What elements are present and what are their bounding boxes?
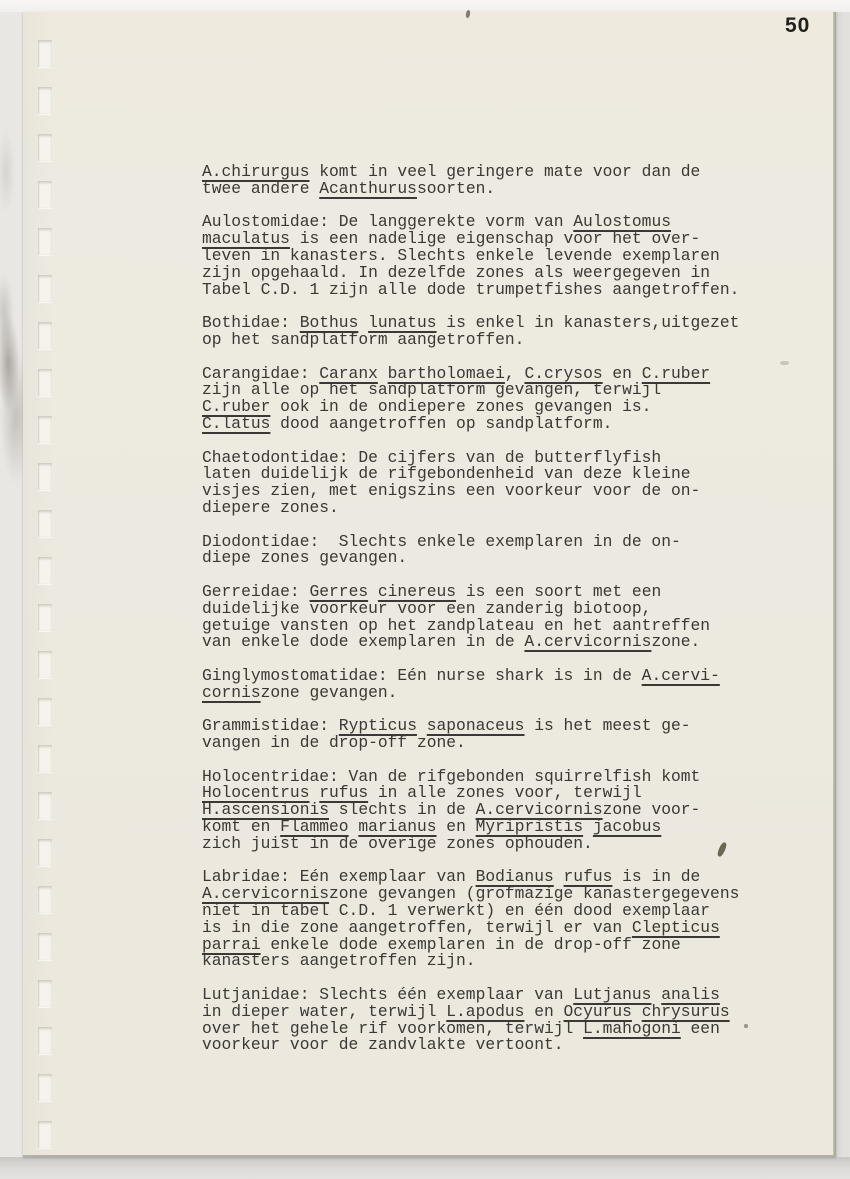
paragraph: Aulostomidae: De langgerekte vorm van Au… bbox=[202, 214, 787, 298]
binding-hole bbox=[38, 557, 52, 584]
binding-hole bbox=[38, 651, 52, 678]
paragraph: Gerreidae: Gerres cinereus is een soort … bbox=[202, 584, 787, 651]
binding-hole bbox=[38, 604, 52, 631]
text-segment: is het meest ge- bbox=[524, 716, 690, 735]
underlined-species-name: cornis bbox=[202, 683, 261, 702]
binding-hole bbox=[38, 416, 52, 443]
paragraph: Bothidae: Bothus lunatus is enkel in kan… bbox=[202, 315, 787, 349]
paragraph: Carangidae: Caranx bartholomaei, C.cryso… bbox=[202, 366, 787, 433]
paragraph: Grammistidae: Rypticus saponaceus is het… bbox=[202, 718, 787, 752]
binding-hole bbox=[38, 463, 52, 490]
page-number: 50 bbox=[785, 14, 810, 38]
scanner-background-right bbox=[836, 12, 850, 1157]
binding-hole bbox=[38, 1121, 52, 1148]
binding-hole bbox=[38, 745, 52, 772]
text-segment: zich juist in de overige zones ophouden. bbox=[202, 834, 593, 853]
text-segment: op het sandplatform aangetroffen. bbox=[202, 330, 524, 349]
paragraph: Lutjanidae: Slechts één exemplaar van Lu… bbox=[202, 987, 787, 1054]
text-segment: voorkeur voor de zandvlakte vertoont. bbox=[202, 1035, 564, 1054]
text-line: kanasters aangetroffen zijn. bbox=[202, 953, 787, 970]
paragraph: Holocentridae: Van de rifgebonden squirr… bbox=[202, 769, 787, 853]
text-segment: diepere zones. bbox=[202, 498, 339, 517]
text-segment: twee andere bbox=[202, 179, 319, 198]
text-line: op het sandplatform aangetroffen. bbox=[202, 332, 787, 349]
binding-hole bbox=[38, 1027, 52, 1054]
text-line: diepere zones. bbox=[202, 500, 787, 517]
paper-sheet: 50 A.chirurgus komt in veel geringere ma… bbox=[23, 12, 836, 1157]
text-line: zich juist in de overige zones ophouden. bbox=[202, 836, 787, 853]
binding-hole bbox=[38, 134, 52, 161]
text-segment: dood aangetroffen op sandplatform. bbox=[270, 414, 612, 433]
binding-hole bbox=[38, 839, 52, 866]
paper-edge-bottom bbox=[23, 1155, 836, 1157]
binding-hole bbox=[38, 40, 52, 67]
text-segment: kanasters aangetroffen zijn. bbox=[202, 951, 476, 970]
text-line: C.latus dood aangetroffen op sandplatfor… bbox=[202, 416, 787, 433]
binding-hole bbox=[38, 369, 52, 396]
binding-hole bbox=[38, 87, 52, 114]
scanned-document-page: 50 A.chirurgus komt in veel geringere ma… bbox=[0, 0, 850, 1179]
binding-hole bbox=[38, 933, 52, 960]
paragraph: A.chirurgus komt in veel geringere mate … bbox=[202, 164, 787, 198]
text-line: diepe zones gevangen. bbox=[202, 550, 787, 567]
paper-edge-right bbox=[833, 12, 836, 1157]
text-line: Tabel C.D. 1 zijn alle dode trumpetfishe… bbox=[202, 282, 787, 299]
underlined-species-name: C.latus bbox=[202, 414, 270, 433]
faint-dash-right bbox=[780, 361, 789, 365]
underlined-species-name: A.cervi- bbox=[642, 666, 720, 685]
text-block: A.chirurgus komt in veel geringere mate … bbox=[202, 164, 787, 1071]
text-line: van enkele dode exemplaren in de A.cervi… bbox=[202, 634, 787, 651]
binding-hole bbox=[38, 886, 52, 913]
binding-hole bbox=[38, 792, 52, 819]
text-segment: Tabel C.D. 1 zijn alle dode trumpetfishe… bbox=[202, 280, 739, 299]
stray-dot bbox=[744, 1024, 748, 1028]
underlined-species-name: A.cervicornis bbox=[524, 632, 651, 651]
paragraph: Labridae: Eén exemplaar van Bodianus ruf… bbox=[202, 869, 787, 970]
binding-hole bbox=[38, 1074, 52, 1101]
binding-hole bbox=[38, 980, 52, 1007]
text-segment: diepe zones gevangen. bbox=[202, 548, 407, 567]
binding-hole bbox=[38, 698, 52, 725]
text-segment: soorten. bbox=[417, 179, 495, 198]
paragraph: Ginglymostomatidae: Eén nurse shark is i… bbox=[202, 668, 787, 702]
binding-hole bbox=[38, 181, 52, 208]
binding-hole bbox=[38, 322, 52, 349]
binding-hole bbox=[38, 510, 52, 537]
text-segment: een bbox=[681, 1019, 720, 1038]
underlined-species-name: L.mahogoni bbox=[583, 1019, 681, 1038]
scanner-background-bottom bbox=[0, 1157, 850, 1179]
binding-hole bbox=[38, 275, 52, 302]
text-segment: zone gevangen. bbox=[261, 683, 398, 702]
text-line: voorkeur voor de zandvlakte vertoont. bbox=[202, 1037, 787, 1054]
scanner-background-left bbox=[0, 12, 23, 1157]
paragraph: Diodontidae: Slechts enkele exemplaren i… bbox=[202, 534, 787, 568]
binding-hole bbox=[38, 228, 52, 255]
underlined-species-name: Acanthurus bbox=[319, 179, 417, 198]
text-line: vangen in de drop-off zone. bbox=[202, 735, 787, 752]
text-segment: zone. bbox=[651, 632, 700, 651]
scanner-background-top bbox=[0, 0, 850, 12]
text-segment: vangen in de drop-off zone. bbox=[202, 733, 466, 752]
underlined-species-name: jacobus bbox=[593, 817, 661, 836]
text-line: corniszone gevangen. bbox=[202, 685, 787, 702]
text-line: twee andere Acanthurussoorten. bbox=[202, 181, 787, 198]
paragraph: Chaetodontidae: De cijfers van de butter… bbox=[202, 450, 787, 517]
text-segment: van enkele dode exemplaren in de bbox=[202, 632, 524, 651]
